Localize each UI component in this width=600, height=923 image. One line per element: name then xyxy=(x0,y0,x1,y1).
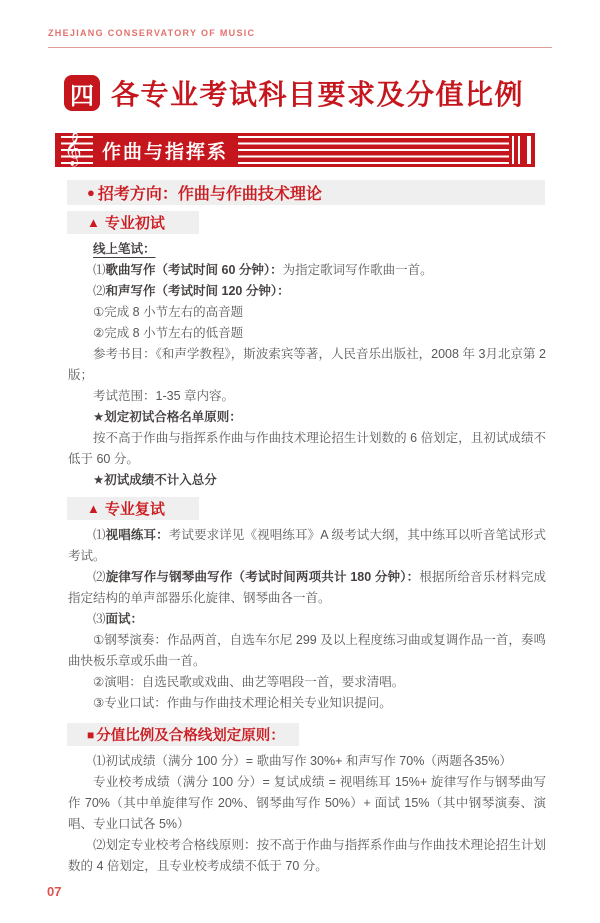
section-scoring-bar: ■ 分值比例及合格线划定原则： xyxy=(67,723,299,746)
direction-bar: ● 招考方向：作曲与作曲技术理论 xyxy=(67,180,545,205)
text-run: 专业校考成绩（满分 100 分）= 复试成绩 = 视唱练耳 15%+ 旋律写作与… xyxy=(68,775,546,831)
text-run: 线上笔试： xyxy=(93,242,156,256)
paragraph: ⑴歌曲写作（考试时间 60 分钟）：为指定歌词写作歌曲一首。 xyxy=(68,260,546,281)
paragraph: ⑴初试成绩（满分 100 分）= 歌曲写作 30%+ 和声写作 70%（两题各3… xyxy=(68,751,546,772)
section-preliminary-title: 专业初试 xyxy=(105,212,165,233)
header-rule xyxy=(48,47,552,48)
paragraph: ⑵和声写作（考试时间 120 分钟）： xyxy=(68,281,546,302)
text-run: ⑵划定专业校考合格线原则：按不高于作曲与指挥系作曲与作曲技术理论招生计划数的 4… xyxy=(68,838,546,873)
department-banner: 𝄞 作曲与指挥系 xyxy=(55,133,535,167)
text-run: ⑵ xyxy=(93,570,106,584)
top-header: ZHEJIANG CONSERVATORY OF MUSIC xyxy=(48,28,552,48)
text-run: 为指定歌词写作歌曲一首。 xyxy=(283,263,433,277)
text-run: 旋律写作与钢琴曲写作（考试时间两项共计 180 分钟）： xyxy=(106,570,420,584)
section-scoring-title: 分值比例及合格线划定原则： xyxy=(96,724,285,745)
paragraph: ①钢琴演奏：作品两首，自选车尔尼 299 及以上程度练习曲或复调作品一首，奏鸣曲… xyxy=(68,630,546,672)
treble-clef-icon: 𝄞 xyxy=(64,134,82,164)
school-name: ZHEJIANG CONSERVATORY OF MUSIC xyxy=(48,28,552,38)
paragraph: ②完成 8 小节左右的低音题 xyxy=(68,323,546,344)
scoring-content: ⑴初试成绩（满分 100 分）= 歌曲写作 30%+ 和声写作 70%（两题各3… xyxy=(68,751,546,877)
text-run: ③专业口试：作曲与作曲技术理论相关专业知识提问。 xyxy=(93,696,392,710)
paragraph: 按不高于作曲与指挥系作曲与作曲技术理论招生计划数的 6 倍划定，且初试成绩不低于… xyxy=(68,428,546,470)
paragraph: 专业校考成绩（满分 100 分）= 复试成绩 = 视唱练耳 15%+ 旋律写作与… xyxy=(68,772,546,835)
text-run: ⑴ xyxy=(93,263,106,277)
text-run: ⑶ xyxy=(93,612,106,626)
triangle-icon: ▲ xyxy=(87,502,100,515)
paragraph: ③专业口试：作曲与作曲技术理论相关专业知识提问。 xyxy=(68,693,546,714)
paragraph: ⑴视唱练耳：考试要求详见《视唱练耳》A 级考试大纲，其中练耳以听音笔试形式考试。 xyxy=(68,525,546,567)
triangle-icon: ▲ xyxy=(87,216,100,229)
text-run: 视唱练耳： xyxy=(106,528,169,542)
text-run: 考试范围：1-35 章内容。 xyxy=(93,389,234,403)
section-retest-title: 专业复试 xyxy=(105,498,165,519)
paragraph: ★划定初试合格名单原则： xyxy=(68,407,546,428)
final-barline-icon xyxy=(518,136,531,164)
page-number: 07 xyxy=(47,884,600,899)
text-run: ①钢琴演奏：作品两首，自选车尔尼 299 及以上程度练习曲或复调作品一首，奏鸣曲… xyxy=(68,633,546,668)
text-run: ⑵ xyxy=(93,284,106,298)
paragraph: 线上笔试： xyxy=(68,239,546,260)
section-retest-bar: ▲ 专业复试 xyxy=(67,497,199,520)
department-name: 作曲与指挥系 xyxy=(93,137,238,164)
staff-lines-left: 𝄞 xyxy=(61,136,93,164)
paragraph: ⑵划定专业校考合格线原则：按不高于作曲与指挥系作曲与作曲技术理论招生计划数的 4… xyxy=(68,835,546,877)
staff-lines-right xyxy=(238,136,509,164)
text-run: ⑴初试成绩（满分 100 分）= 歌曲写作 30%+ 和声写作 70%（两题各3… xyxy=(93,754,512,768)
paragraph: ⑶面试： xyxy=(68,609,546,630)
final-barline-thick xyxy=(520,136,527,164)
text-run: ⑴ xyxy=(93,528,106,542)
title-row: 四 各专业考试科目要求及分值比例 xyxy=(64,73,552,113)
text-run: ①完成 8 小节左右的高音题 xyxy=(93,305,243,319)
bullet-circle-icon: ● xyxy=(87,186,95,199)
text-run: ★初试成绩不计入总分 xyxy=(93,473,217,487)
paragraph: ★初试成绩不计入总分 xyxy=(68,470,546,491)
square-icon: ■ xyxy=(87,729,94,741)
page-root: { "header": { "school_name": "ZHEJIANG C… xyxy=(0,0,600,923)
paragraph: 考试范围：1-35 章内容。 xyxy=(68,386,546,407)
paragraph: 参考书目：《和声学教程》，斯波索宾等著，人民音乐出版社，2008 年 3月北京第… xyxy=(68,344,546,386)
text-run: 歌曲写作（考试时间 60 分钟）： xyxy=(106,263,283,277)
text-run: ②完成 8 小节左右的低音题 xyxy=(93,326,243,340)
text-run: 和声写作（考试时间 120 分钟）： xyxy=(106,284,290,298)
text-run: 面试： xyxy=(106,612,144,626)
section-number-badge: 四 xyxy=(64,75,100,111)
text-run: ★划定初试合格名单原则： xyxy=(93,410,242,424)
text-run: 参考书目：《和声学教程》，斯波索宾等著，人民音乐出版社，2008 年 3月北京第… xyxy=(68,347,546,382)
paragraph: ②演唱：自选民歌或戏曲、曲艺等唱段一首，要求清唱。 xyxy=(68,672,546,693)
section-preliminary-bar: ▲ 专业初试 xyxy=(67,211,199,234)
retest-content: ⑴视唱练耳：考试要求详见《视唱练耳》A 级考试大纲，其中练耳以听音笔试形式考试。… xyxy=(68,525,546,714)
thin-barline-icon xyxy=(512,136,514,164)
direction-label: 招考方向：作曲与作曲技术理论 xyxy=(98,181,322,204)
paragraph: ⑵旋律写作与钢琴曲写作（考试时间两项共计 180 分钟）：根据所给音乐材料完成指… xyxy=(68,567,546,609)
page-title: 各专业考试科目要求及分值比例 xyxy=(111,73,524,113)
preliminary-content: 线上笔试： ⑴歌曲写作（考试时间 60 分钟）：为指定歌词写作歌曲一首。 ⑵和声… xyxy=(68,239,546,491)
text-run: ②演唱：自选民歌或戏曲、曲艺等唱段一首，要求清唱。 xyxy=(93,675,404,689)
text-run: 按不高于作曲与指挥系作曲与作曲技术理论招生计划数的 6 倍划定，且初试成绩不低于… xyxy=(68,431,546,466)
paragraph: ①完成 8 小节左右的高音题 xyxy=(68,302,546,323)
